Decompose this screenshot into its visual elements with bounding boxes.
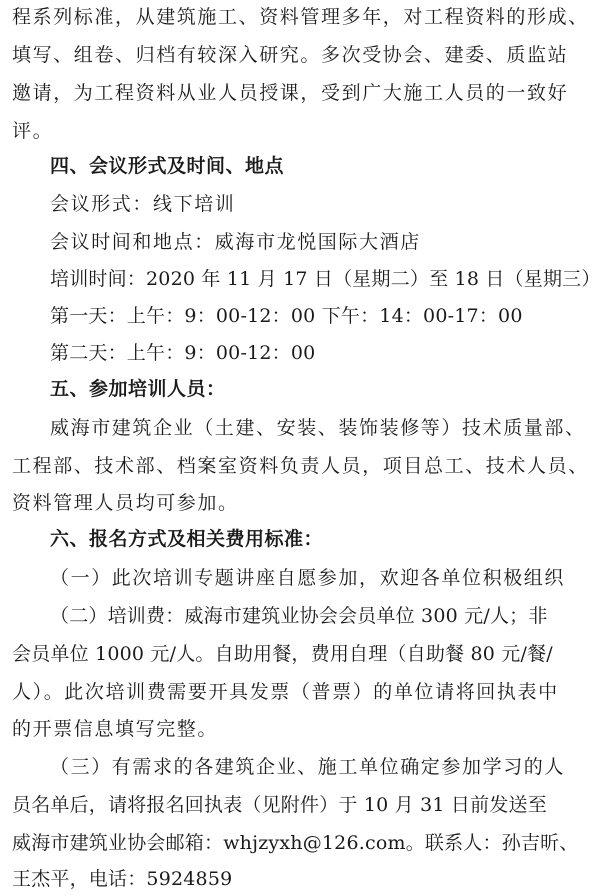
participants-line-1: 威海市建筑企业（土建、安装、装饰装修等）技术质量部、 bbox=[50, 413, 586, 443]
fee-item-2-line-3: 人）。此次培训费需要开具发票（普票）的单位请将回执表中 bbox=[12, 677, 559, 707]
fee-item-1: （一）此次培训专题讲座自愿参加，欢迎各单位积极组织 bbox=[50, 563, 565, 593]
fee-item-3-line-3: 威海市建筑业协会邮箱：whjzyxh@126.com。联系人：孙吉昕、 bbox=[12, 828, 579, 858]
intro-line-1: 程系列标准，从建筑施工、资料管理多年，对工程资料的形成、 bbox=[12, 2, 589, 32]
fee-item-2-line-1: （二）培训费：威海市建筑业协会会员单位 300 元/人；非 bbox=[50, 601, 548, 631]
meeting-time-place: 会议时间和地点：威海市龙悦国际大酒店 bbox=[50, 227, 421, 257]
training-time: 培训时间：2020 年 11 月 17 日（星期二）至 18 日（星期三） bbox=[50, 264, 601, 294]
intro-line-4: 评。 bbox=[12, 116, 53, 146]
intro-line-2: 填写、组卷、归档有较深入研究。多次受协会、建委、质监站 bbox=[12, 40, 568, 70]
section-6-heading: 六、报名方式及相关费用标准： bbox=[50, 524, 323, 554]
section-5-heading: 五、参加培训人员： bbox=[50, 374, 226, 404]
meeting-format: 会议形式：线下培训 bbox=[50, 189, 235, 219]
fee-item-2-line-4: 的开票信息填写完整。 bbox=[12, 714, 218, 744]
participants-line-3: 资料管理人员均可参加。 bbox=[12, 488, 239, 518]
fee-item-2-line-2: 会员单位 1000 元/人。自助用餐，费用自理（自助餐 80 元/餐/ bbox=[12, 639, 553, 669]
participants-line-2: 工程部、技术部、档案室资料负责人员，项目总工、技术人员、 bbox=[12, 451, 589, 481]
day-two-schedule: 第二天：上午：9：00-12：00 bbox=[50, 338, 315, 368]
fee-item-3-line-1: （三）有需求的各建筑企业、施工单位确定参加学习的人 bbox=[50, 752, 565, 782]
section-4-heading: 四、会议形式及时间、地点 bbox=[50, 151, 284, 181]
document-page: 程系列标准，从建筑施工、资料管理多年，对工程资料的形成、 填写、组卷、归档有较深… bbox=[0, 0, 608, 896]
day-one-schedule: 第一天：上午：9：00-12：00 下午：14：00-17：00 bbox=[50, 301, 523, 331]
intro-line-3: 邀请，为工程资料从业人员授课，受到广大施工人员的一致好 bbox=[12, 78, 568, 108]
fee-item-3-line-4: 王杰平，电话：5924859 bbox=[12, 864, 232, 894]
fee-item-3-line-2: 员名单后，请将报名回执表（见附件）于 10 月 31 日前发送至 bbox=[12, 790, 547, 820]
